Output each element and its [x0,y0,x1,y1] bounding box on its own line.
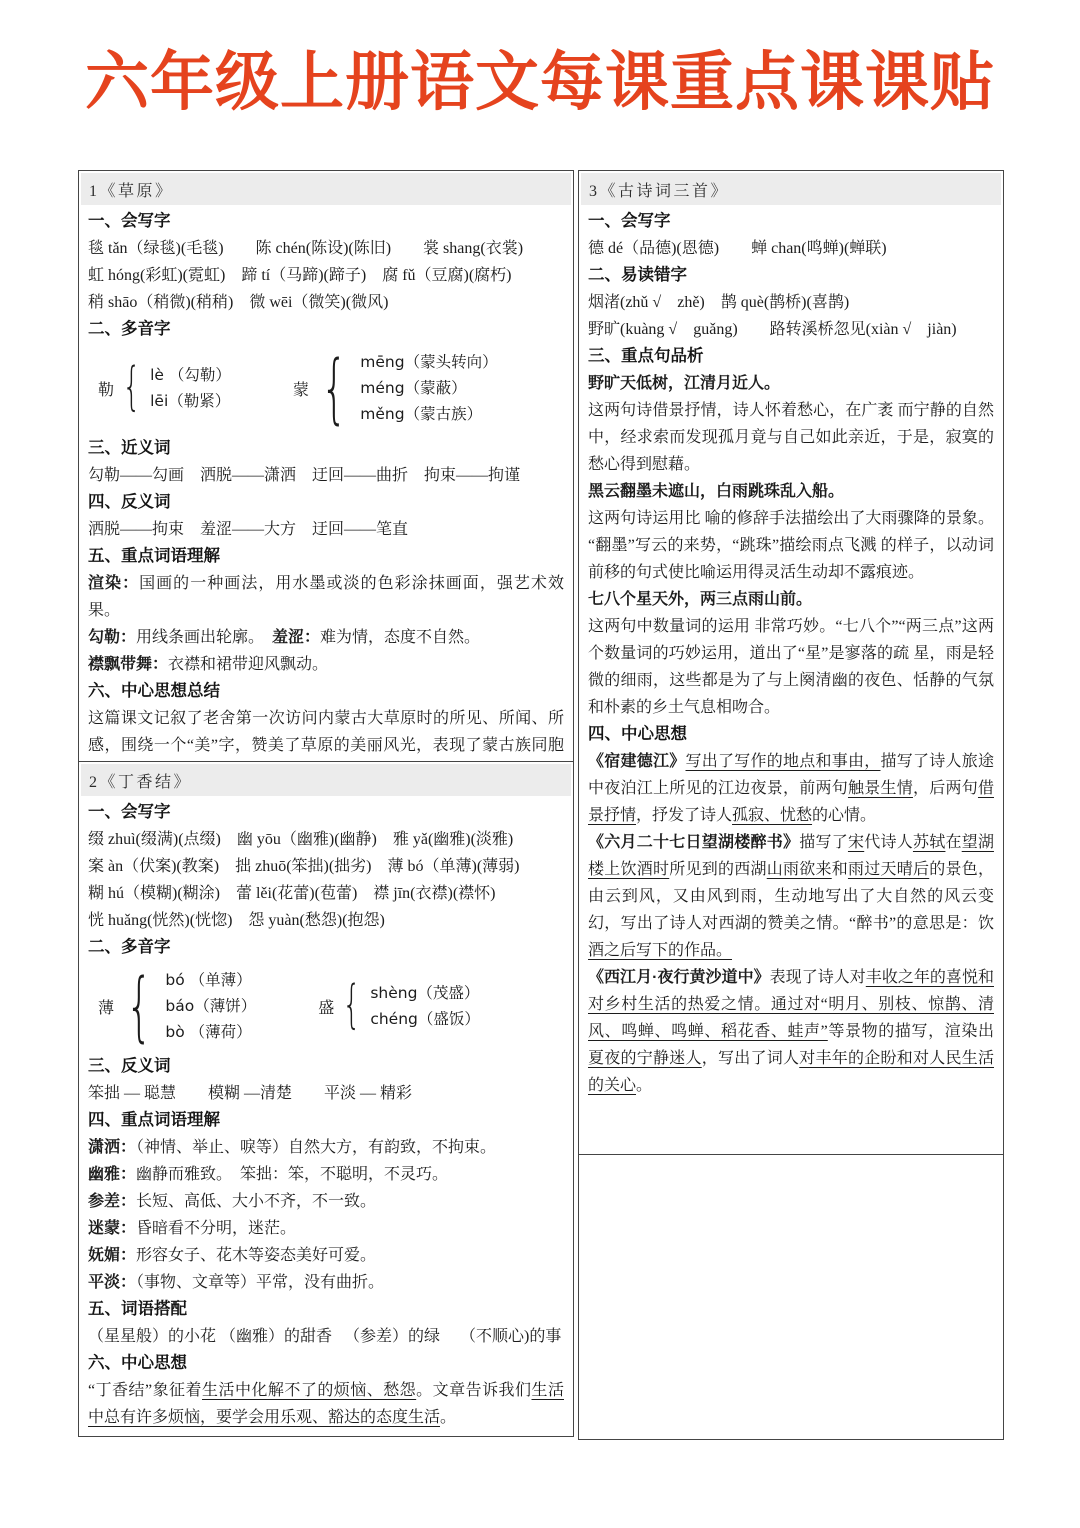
text-segment: 生活中化解不了的烦恼、愁怨 [202,1382,416,1399]
paragraph: 恍 huǎng(恍然)(恍惚) 怨 yuàn(愁怨)(抱怨) [88,907,564,934]
paragraph: 野旷天低树，江清月近人。 [588,370,994,397]
text-segment: 这两句诗借景抒情，诗人怀着愁心，在广袤 而宁静的自然中，经求索而发现孤月竟与自己… [588,402,994,473]
text-segment: 稍 shāo（稍微)(稍稍) 微 wēi（微笑)(微风) [88,294,388,311]
polyphone-item: méng（蒙蔽） [360,375,497,401]
text-segment: 烟渚(zhǔ √ zhě) 鹊 què(鹊桥)(喜鹊) [588,294,849,311]
paragraph: 潇洒：（神情、举止、唳等）自然大方，有韵致，不拘束。 [88,1134,564,1161]
section-heading: 二、多音字 [88,316,564,343]
text-segment: 表现了诗人对 [770,969,866,986]
text-segment: 形容女子、花木等姿态美好可爱。 [136,1247,376,1264]
paragraph: 七八个星天外，两三点雨山前。 [588,586,994,613]
lesson-body: 一、会写字缀 zhuì(缀满)(点缀) 幽 yōu（幽雅)(幽静) 雅 yǎ(幽… [79,798,573,1431]
text-segment: 用线条画出轮廓。 [136,629,272,646]
paragraph: 渲染：国画的一种画法，用水墨或淡的色彩涂抹画面，强艺术效果。 [88,570,564,624]
section-heading: 一、会写字 [88,799,564,826]
text-segment: 幽静而雅致。 笨拙：笨，不聪明，不灵巧。 [136,1166,448,1183]
text-segment: 笨拙 — 聪慧 模糊 —清楚 平淡 — 精彩 [88,1085,412,1102]
text-segment: 恍 huǎng(恍然)(恍惚) 怨 yuàn(愁怨)(抱怨) [88,912,385,929]
paragraph: 缀 zhuì(缀满)(点缀) 幽 yōu（幽雅)(幽静) 雅 yǎ(幽雅)(淡雅… [88,826,564,853]
polyphone-items: shèng（茂盛）chéng（盛饭） [370,980,480,1032]
text-segment: 夏夜的宁静迷人 [588,1050,702,1067]
text-segment: 难为情，态度不自然。 [320,629,480,646]
paragraph: 黑云翻墨未遮山，白雨跳珠乱入船。 [588,478,994,505]
text-segment: 这篇课文记叙了老舍第一次访问内蒙古大草原时的所见、所闻、所感，围绕一个“美”字，… [88,710,564,761]
polyphone-group: 蒙{mēng（蒙头转向）méng（蒙蔽）měng（蒙古族） [293,349,498,427]
text-segment: 勾勒： [88,629,136,646]
paragraph: 这两句诗运用比 喻的修辞手法描绘出了大雨骤降的景象。“翻墨”写云的来势，“跳珠”… [588,505,994,586]
polyphone-item: shèng（茂盛） [370,980,480,1006]
polyphone-item: měng（蒙古族） [360,401,497,427]
paragraph: （星星般）的小花 （幽雅）的甜香 （参差）的绿 （不顺心)的事 [88,1323,564,1350]
text-segment: 野旷天低树，江清月近人。 [588,375,780,392]
text-segment: 代诗人 [864,834,913,851]
text-segment: 糊 hú（模糊)(糊涂) 蕾 lěi(花蕾)(苞蕾) 襟 jīn(衣襟)(襟怀) [88,885,496,902]
paragraph: 平淡：（事物、文章等）平常，没有曲折。 [88,1269,564,1296]
text-segment: 这两句中数量词的运用 非常巧妙。“七八个”“两三点”这两个数量词的巧妙运用，道出… [588,618,994,716]
empty-cell [579,1154,1003,1439]
polyphone-item: lēi（勒紧） [150,388,231,414]
polyphone-row: 勒{lè （勾勒）lēi（勒紧）蒙{mēng（蒙头转向）méng（蒙蔽）měng… [88,343,564,435]
paragraph: 这两句诗借景抒情，诗人怀着愁心，在广袤 而宁静的自然中，经求索而发现孤月竟与自己… [588,397,994,478]
paragraph: 洒脱——拘束 羞涩——大方 迂回——笔直 [88,516,564,543]
brace-glyph: { [122,363,140,412]
polyphone-group: 薄{bó （单薄）báo（薄饼）bò （薄荷） [98,967,256,1045]
page: 六年级上册语文每课重点课课贴 1《草原》一、会写字毯 tǎn（绿毯)(毛毯) 陈… [0,0,1080,1528]
text-segment: 孤寂、忧愁 [732,807,812,824]
text-segment: 参差： [88,1193,136,1210]
polyphone-item: mēng（蒙头转向） [360,349,497,375]
section-heading: 三、重点句品析 [588,343,994,370]
paragraph: 《六月二十七日望湖楼醉书》描写了宋代诗人苏轼在望湖楼上饮酒时所见到的西湖山雨欲来… [588,829,994,964]
text-segment: ，写出了词人 [702,1050,800,1067]
text-segment: 酒之后写下的作品。 [588,942,732,959]
paragraph: 幽雅：幽静而雅致。 笨拙：笨，不聪明，不灵巧。 [88,1161,564,1188]
text-segment: 昏暗看不分明，迷茫。 [136,1220,296,1237]
text-segment: 等景物的描写，渲染出 [828,1023,994,1040]
section-heading: 五、词语搭配 [88,1296,564,1323]
section-heading: 六、中心思想 [88,1350,564,1377]
left-column: 1《草原》一、会写字毯 tǎn（绿毯)(毛毯) 陈 chén(陈设)(陈旧) 裳… [78,170,574,1437]
paragraph: 勾勒——勾画 洒脱——潇洒 迂回——曲折 拘束——拘谨 [88,462,564,489]
text-segment: 妩媚： [88,1247,136,1264]
page-title: 六年级上册语文每课重点课课贴 [0,0,1080,120]
polyphone-group: 盛{shèng（茂盛）chéng（盛饭） [318,980,480,1032]
section-heading: 三、近义词 [88,435,564,462]
paragraph: 《西江月·夜行黄沙道中》表现了诗人对丰收之年的喜悦和对乡村生活的热爱之情。通过对… [588,964,994,1099]
brace-glyph: { [126,970,153,1042]
text-segment: 《西江月·夜行黄沙道中》 [588,969,770,986]
lesson-cell: 1《草原》一、会写字毯 tǎn（绿毯)(毛毯) 陈 chén(陈设)(陈旧) 裳… [79,171,573,761]
brace-glyph: { [343,981,361,1030]
paragraph: 参差：长短、高低、大小不齐，不一致。 [88,1188,564,1215]
section-heading: 六、中心思想总结 [88,678,564,705]
text-segment: 幽雅： [88,1166,136,1183]
text-segment: 《六月二十七日望湖楼醉书》 [588,834,799,851]
polyphone-item: báo（薄饼） [165,993,256,1019]
text-segment: 毯 tǎn（绿毯)(毛毯) 陈 chén(陈设)(陈旧) 裳 shang(衣裳) [88,240,523,257]
polyphone-item: bó （单薄） [165,967,256,993]
lesson-title-bar: 2《丁香结》 [81,764,571,796]
paragraph: 《宿建德江》写出了写作的地点和事由，描写了诗人旅途中夜泊江上所见的江边夜景，前两… [588,748,994,829]
text-segment: 洒脱——拘束 羞涩——大方 迂回——笔直 [88,521,408,538]
text-segment: ，抒发了诗人 [636,807,732,824]
lesson-body: 一、会写字毯 tǎn（绿毯)(毛毯) 陈 chén(陈设)(陈旧) 裳 shan… [79,207,573,761]
text-segment: 的心情。 [812,807,876,824]
text-segment: 所见到的西湖 [669,861,766,878]
polyphone-char: 勒 [98,377,114,400]
section-heading: 二、易读错字 [588,262,994,289]
paragraph: 野旷(kuàng √ guǎng) 路转溪桥忽见(xiàn √ jiàn) [588,316,994,343]
text-segment: 描写了 [799,834,848,851]
paragraph: 襟飘带舞：衣襟和裙带迎风飘动。 [88,651,564,678]
paragraph: 迷蒙：昏暗看不分明，迷茫。 [88,1215,564,1242]
text-segment: （星星般）的小花 （幽雅）的甜香 （参差）的绿 （不顺心)的事 [88,1328,561,1345]
polyphone-items: bó （单薄）báo（薄饼）bò （薄荷） [165,967,256,1045]
polyphone-char: 盛 [318,995,334,1018]
text-segment: 长短、高低、大小不齐，不一致。 [136,1193,376,1210]
text-segment: 和 [832,861,848,878]
text-segment: 黑云翻墨未遮山，白雨跳珠乱入船。 [588,483,844,500]
section-heading: 一、会写字 [588,208,994,235]
polyphone-row: 薄{bó （单薄）báo（薄饼）bò （薄荷）盛{shèng（茂盛）chéng（… [88,961,564,1053]
paragraph: “丁香结”象征着生活中化解不了的烦恼、愁怨。文章告诉我们生活中总有许多烦恼，要学… [88,1377,564,1431]
text-segment: “丁香结”象征着 [88,1382,202,1399]
paragraph: 毯 tǎn（绿毯)(毛毯) 陈 chén(陈设)(陈旧) 裳 shang(衣裳) [88,235,564,262]
text-segment: ，后两句 [913,780,978,797]
polyphone-item: chéng（盛饭） [370,1006,480,1032]
section-heading: 五、重点词语理解 [88,543,564,570]
paragraph: 这两句中数量词的运用 非常巧妙。“七八个”“两三点”这两个数量词的巧妙运用，道出… [588,613,994,721]
text-segment: （神情、举止、唳等）自然大方，有韵致，不拘束。 [136,1139,496,1156]
section-heading: 四、中心思想 [588,721,994,748]
paragraph: 勾勒：用线条画出轮廓。 羞涩：难为情，态度不自然。 [88,624,564,651]
polyphone-items: lè （勾勒）lēi（勒紧） [150,362,231,414]
lesson-title-bar: 1《草原》 [81,173,571,205]
paragraph: 稍 shāo（稍微)(稍稍) 微 wēi（微笑)(微风) [88,289,564,316]
text-segment: 触景生情 [848,780,913,797]
lesson-cell: 3《古诗词三首》一、会写字德 dé（品德)(恩德) 蝉 chan(鸣蝉)(蝉联)… [579,171,1003,1154]
text-segment: 宋 [848,834,864,851]
text-segment: 写出了写作的地点和事由， [686,753,881,770]
text-segment: 潇洒： [88,1139,136,1156]
polyphone-items: mēng（蒙头转向）méng（蒙蔽）měng（蒙古族） [360,349,497,427]
text-segment: 平淡： [88,1274,136,1291]
text-segment: 雨过天晴后 [848,861,929,878]
section-heading: 三、反义词 [88,1053,564,1080]
section-heading: 四、反义词 [88,489,564,516]
section-heading: 二、多音字 [88,934,564,961]
text-segment: 虹 hóng(彩虹)(霓虹) 蹄 tí（马蹄)(蹄子) 腐 fǔ（豆腐)(腐朽) [88,267,512,284]
text-segment: 。 [636,1077,652,1094]
paragraph: 德 dé（品德)(恩德) 蝉 chan(鸣蝉)(蝉联) [588,235,994,262]
section-heading: 四、重点词语理解 [88,1107,564,1134]
text-segment: 羞涩： [272,629,320,646]
text-segment: 德 dé（品德)(恩德) 蝉 chan(鸣蝉)(蝉联) [588,240,887,257]
text-segment: 衣襟和裙带迎风飘动。 [168,656,328,673]
text-segment: 襟飘带舞： [88,656,168,673]
text-segment: （事物、文章等）平常，没有曲折。 [136,1274,384,1291]
text-segment: 缀 zhuì(缀满)(点缀) 幽 yōu（幽雅)(幽静) 雅 yǎ(幽雅)(淡雅… [88,831,513,848]
lesson-title-bar: 3《古诗词三首》 [581,173,1001,205]
text-segment: 山雨欲来 [767,861,832,878]
text-segment: 野旷(kuàng √ guǎng) 路转溪桥忽见(xiàn √ jiàn) [588,321,957,338]
polyphone-item: lè （勾勒） [150,362,231,388]
paragraph: 妩媚：形容女子、花木等姿态美好可爱。 [88,1242,564,1269]
text-segment: 勾勒——勾画 洒脱——潇洒 迂回——曲折 拘束——拘谨 [88,467,520,484]
text-segment: 七八个星天外，两三点雨山前。 [588,591,812,608]
text-segment: 在 [945,834,961,851]
text-segment: 案 àn（伏案)(教案) 拙 zhuō(笨拙)(拙劣) 薄 bó（单薄)(薄弱) [88,858,520,875]
paragraph: 烟渚(zhǔ √ zhě) 鹊 què(鹊桥)(喜鹊) [588,289,994,316]
text-segment: 。文章告诉我们 [416,1382,531,1399]
text-segment: 苏轼 [913,834,946,851]
brace-glyph: { [321,352,348,424]
polyphone-group: 勒{lè （勾勒）lēi（勒紧） [98,362,231,414]
section-heading: 一、会写字 [88,208,564,235]
text-segment: 迷蒙： [88,1220,136,1237]
polyphone-char: 蒙 [293,377,309,400]
text-segment: 渲染： [88,575,139,592]
paragraph: 笨拙 — 聪慧 模糊 —清楚 平淡 — 精彩 [88,1080,564,1107]
paragraph: 虹 hóng(彩虹)(霓虹) 蹄 tí（马蹄)(蹄子) 腐 fǔ（豆腐)(腐朽) [88,262,564,289]
text-segment: 国画的一种画法，用水墨或淡的色彩涂抹画面，强艺术效果。 [88,575,564,619]
paragraph: 糊 hú（模糊)(糊涂) 蕾 lěi(花蕾)(苞蕾) 襟 jīn(衣襟)(襟怀) [88,880,564,907]
text-segment: 。 [440,1409,456,1426]
text-segment: 这两句诗运用比 喻的修辞手法描绘出了大雨骤降的景象。“翻墨”写云的来势，“跳珠”… [588,510,994,581]
polyphone-item: bò （薄荷） [165,1019,256,1045]
paragraph: 案 àn（伏案)(教案) 拙 zhuō(笨拙)(拙劣) 薄 bó（单薄)(薄弱) [88,853,564,880]
lesson-cell: 2《丁香结》一、会写字缀 zhuì(缀满)(点缀) 幽 yōu（幽雅)(幽静) … [79,761,573,1436]
lesson-body: 一、会写字德 dé（品德)(恩德) 蝉 chan(鸣蝉)(蝉联)二、易读错字烟渚… [579,207,1003,1099]
right-column: 3《古诗词三首》一、会写字德 dé（品德)(恩德) 蝉 chan(鸣蝉)(蝉联)… [578,170,1004,1440]
content-table: 1《草原》一、会写字毯 tǎn（绿毯)(毛毯) 陈 chén(陈设)(陈旧) 裳… [78,170,1004,1440]
paragraph: 这篇课文记叙了老舍第一次访问内蒙古大草原时的所见、所闻、所感，围绕一个“美”字，… [88,705,564,761]
polyphone-char: 薄 [98,995,114,1018]
text-segment: 《宿建德江》 [588,753,686,770]
